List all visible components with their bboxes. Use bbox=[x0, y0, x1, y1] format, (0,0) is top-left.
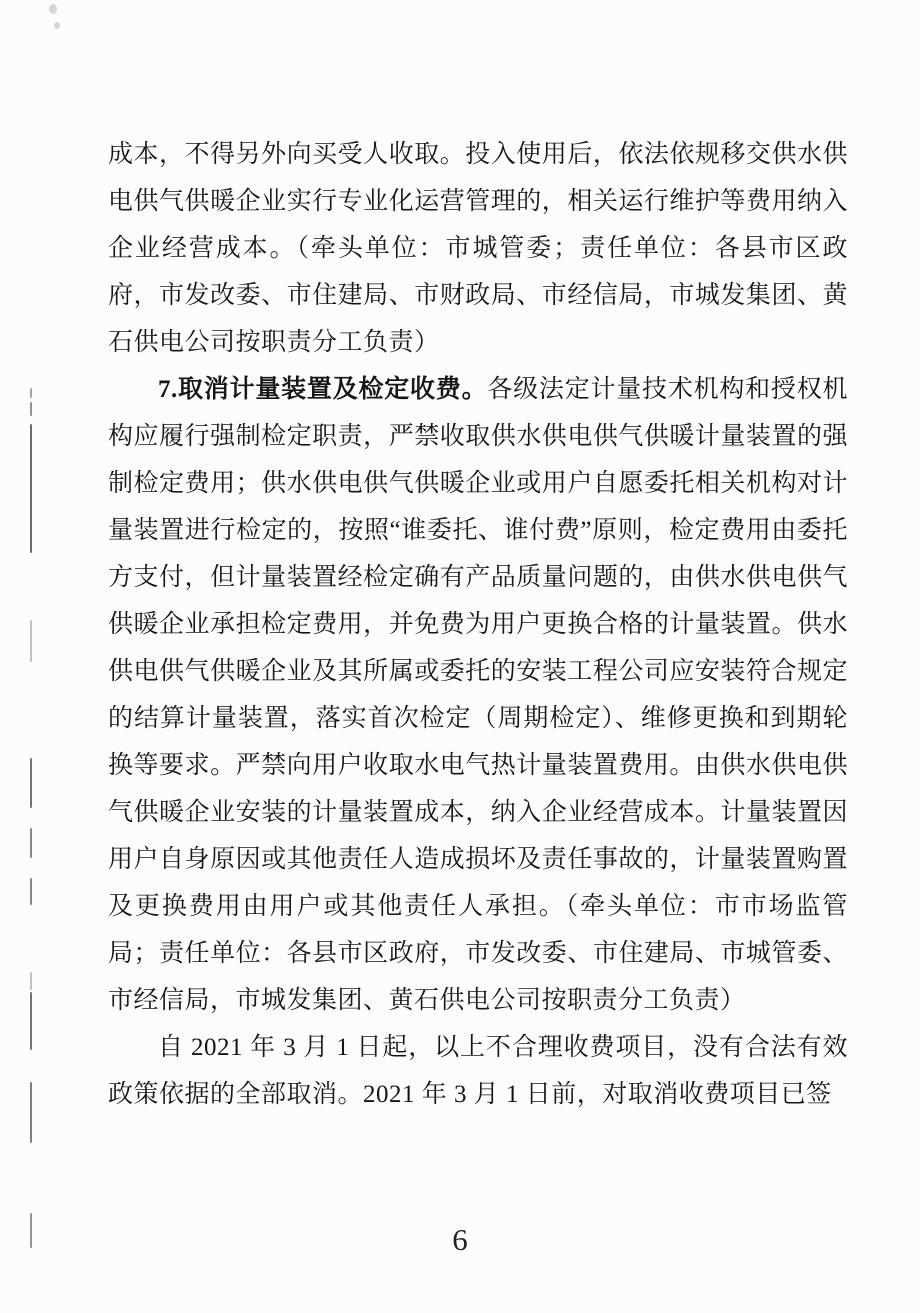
scan-streak bbox=[30, 402, 32, 416]
paragraph-item-7-body: 各级法定计量技术机构和授权机构应履行强制检定职责，严禁收取供水供电供气供暖计量装… bbox=[108, 376, 848, 1014]
scan-streak bbox=[30, 828, 32, 858]
scan-streak bbox=[30, 620, 32, 662]
scan-speck bbox=[49, 4, 57, 14]
paragraph-continuation: 成本，不得另外向买受人收取。投入使用后，依法依规移交供水供电供气供暖企业实行专业… bbox=[108, 131, 848, 366]
scan-streak bbox=[30, 388, 32, 398]
scan-streak bbox=[30, 424, 32, 553]
scan-streak bbox=[30, 992, 32, 1050]
document-body: 成本，不得另外向买受人收取。投入使用后，依法依规移交供水供电供气供暖企业实行专业… bbox=[108, 131, 848, 1118]
paragraph-effective-date: 自 2021 年 3 月 1 日起，以上不合理收费项目，没有合法有效政策依据的全… bbox=[108, 1024, 848, 1118]
scan-streak bbox=[30, 972, 32, 990]
page-number: 6 bbox=[0, 1222, 920, 1258]
paragraph-item-7: 7.取消计量装置及检定收费。各级法定计量技术机构和授权机构应履行强制检定职责，严… bbox=[108, 366, 848, 1024]
scan-speck bbox=[54, 22, 60, 29]
scanned-document-page: 成本，不得另外向买受人收取。投入使用后，依法依规移交供水供电供气供暖企业实行专业… bbox=[0, 0, 920, 1313]
scan-streak bbox=[30, 758, 32, 808]
scan-streak bbox=[30, 878, 32, 905]
scan-streak bbox=[30, 1082, 32, 1143]
paragraph-item-7-heading: 7.取消计量装置及检定收费。 bbox=[158, 376, 487, 403]
